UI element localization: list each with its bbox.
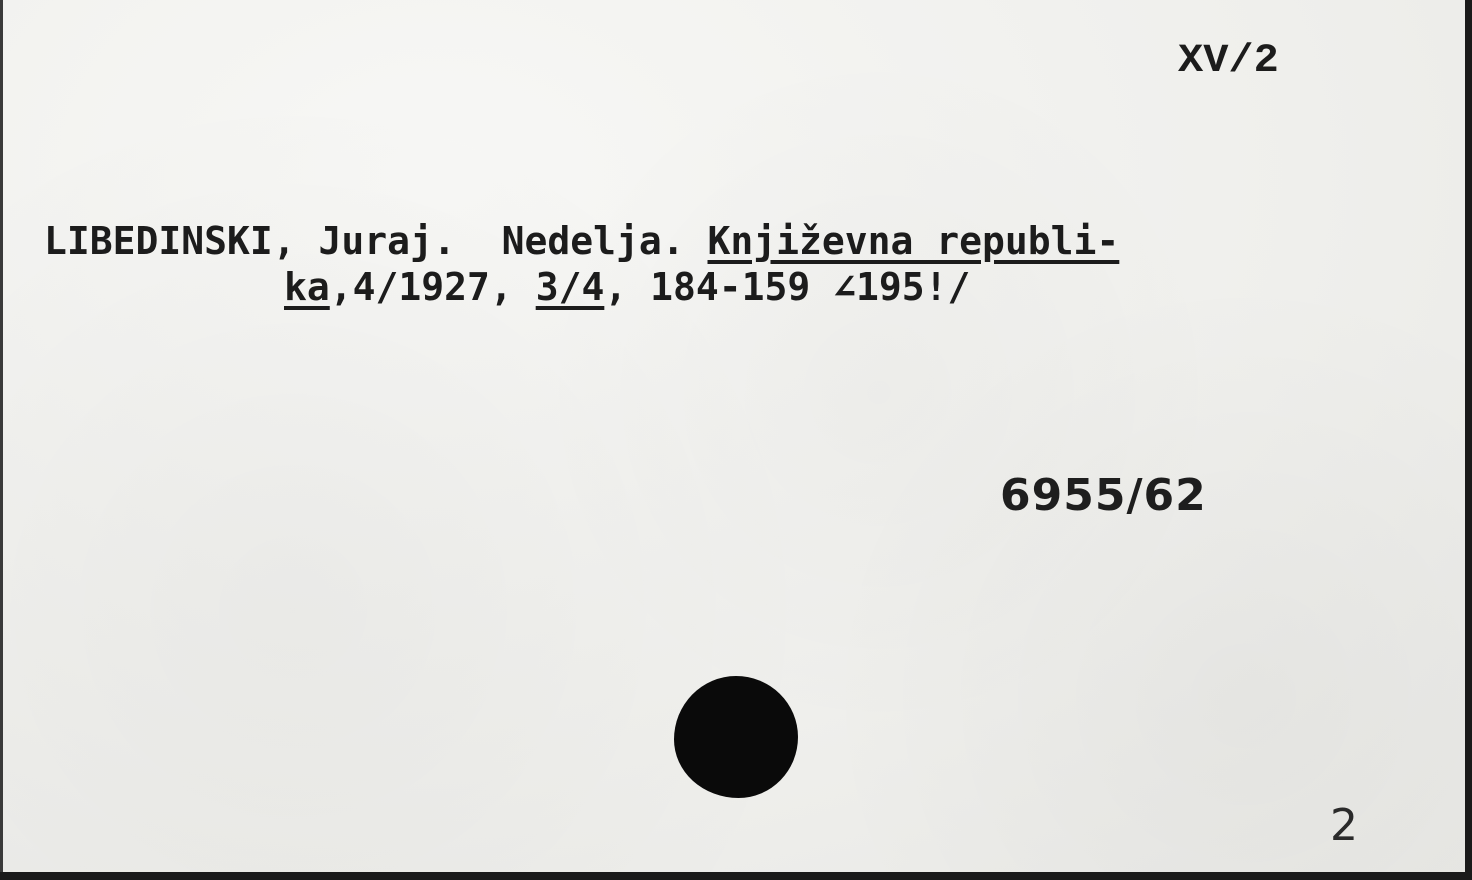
call-number: XV/2 [1178,42,1279,82]
catalog-card: XV/2 LIBEDINSKI, Juraj. Nedelja. Književ… [0,0,1472,880]
entry-line-2: ka,4/1927, 3/4, 184-159 ∠195!/ [284,268,970,306]
issue-year: 4/1927, [353,265,536,309]
card-left-edge [0,0,3,872]
journal-title-part-1: Književna republi- [708,219,1120,263]
issue-separator: , [330,265,353,309]
volume-number: 3/4 [536,265,605,309]
work-title: Nedelja. [502,219,685,263]
page-range: , 184-159 ∠195!/ [604,265,970,309]
journal-title-part-2: ka [284,265,330,309]
accession-number: 6955/62 [1000,470,1207,521]
author-name: LIBEDINSKI, Juraj. [44,219,456,263]
card-sequence-number: 2 [1330,800,1358,851]
punch-hole-icon [674,676,798,798]
entry-line-1: LIBEDINSKI, Juraj. Nedelja. Književna re… [44,222,1119,260]
